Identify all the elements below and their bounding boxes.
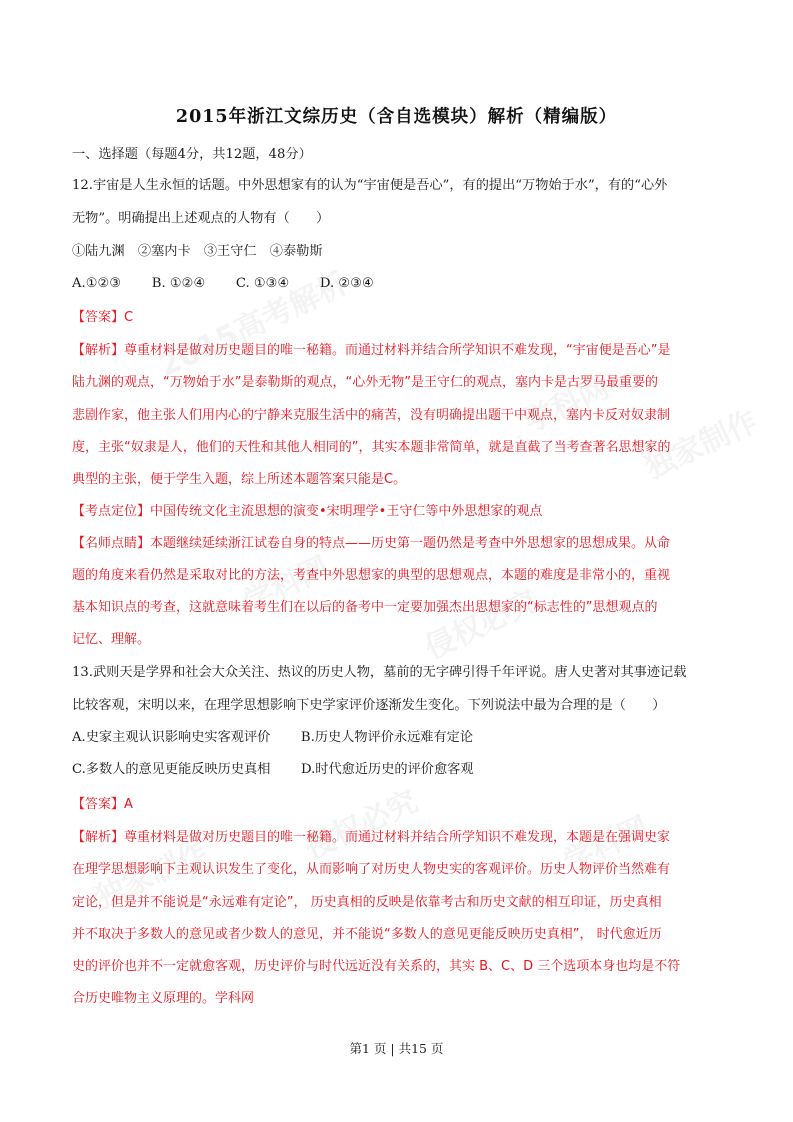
analysis-line: 陆九渊的观点，“万物始于水”是泰勒斯的观点，“心外无物”是王守仁的观点，塞内卡是… bbox=[72, 374, 658, 392]
analysis-line: 合历史唯物主义原理的。学科网 bbox=[72, 990, 254, 1008]
section-heading: 一、选择题（每题4分，共12题，48分） bbox=[72, 146, 312, 164]
teacher-comment-line: 基本知识点的考查，这就意味着考生们在以后的备考中一定要加强杰出思想家的“标志性的… bbox=[72, 599, 657, 617]
analysis-line: 典型的主张，便于学生入题，综上所述本题答案只能是C。 bbox=[72, 471, 406, 489]
teacher-comment-line: 记忆、理解。 bbox=[72, 631, 150, 649]
analysis-line: 【解析】尊重材料是做对历史题目的唯一秘籍。而通过材料并结合所学知识不难发现，本题… bbox=[72, 829, 670, 847]
watermark: 侵权必究 bbox=[416, 577, 543, 668]
question-options: A.①②③ B. ①②④ C. ①③④ D. ②③④ bbox=[72, 275, 374, 293]
question-stem: 13.武则天是学界和社会大众关注、热议的历史人物，墓前的无字碑引得千年评说。唐人… bbox=[72, 664, 686, 682]
teacher-comment-line: 【名师点睛】本题继续延续浙江试卷自身的特点——历史第一题仍然是考查中外思想家的思… bbox=[72, 535, 670, 553]
analysis-line: 在理学思想影响下主观认识发生了变化，从而影响了对历史人物史实的客观评价。历史人物… bbox=[72, 861, 670, 879]
question-stem: 12.宇宙是人生永恒的话题。中外思想家有的认为“宇宙便是吾心”，有的提出“万物始… bbox=[72, 177, 667, 195]
document-title: 2015年浙江文综历史（含自选模块）解析（精编版） bbox=[0, 103, 793, 128]
analysis-line: 【解析】尊重材料是做对历史题目的唯一秘籍。而通过材料并结合所学知识不难发现，“宇… bbox=[72, 342, 670, 360]
question-stem: 无物”。明确提出上述观点的人物有（ ） bbox=[72, 210, 329, 228]
analysis-line: 定论，但是并不能说是“永远难有定论”， 历史真相的反映是依靠考古和历史文献的相互… bbox=[72, 894, 662, 912]
analysis-line: 悲剧作家，他主张人们用内心的宁静来克服生活中的痛苦，没有明确提出题干中观点，塞内… bbox=[72, 407, 670, 425]
analysis-line: 史的评价也并不一定就愈客观，历史评价与时代远近没有关系的，其实 B、C、D 三个… bbox=[72, 958, 680, 976]
analysis-line: 并不取决于多数人的意见或者少数人的意见，并不能说“多数人的意见更能反映历史真相”… bbox=[72, 926, 662, 944]
watermark: 侵权必究 bbox=[296, 777, 423, 868]
answer: 【答案】A bbox=[72, 796, 133, 814]
question-stem: 比较客观，宋明以来，在理学思想影响下史学家评价逐渐发生变化。下列说法中最为合理的… bbox=[72, 697, 665, 715]
question-items: ①陆九渊 ②塞内卡 ③王守仁 ④泰勒斯 bbox=[72, 243, 323, 261]
question-options: A.史家主观认识影响史实客观评价 B.历史人物评价永远难有定论 bbox=[72, 729, 473, 747]
page-footer: 第1 页 | 共15 页 bbox=[0, 1039, 793, 1057]
answer: 【答案】C bbox=[72, 309, 133, 327]
question-options: C.多数人的意见更能反映历史真相 D.时代愈近历史的评价愈客观 bbox=[72, 761, 474, 779]
key-point: 【考点定位】中国传统文化主流思想的演变•宋明理学•王守仁等中外思想家的观点 bbox=[72, 503, 542, 521]
analysis-line: 度，主张“奴隶是人，他们的天性和其他人相同的”，其实本题非常简单，就是直截了当考… bbox=[72, 439, 670, 457]
teacher-comment-line: 题的角度来看仍然是采取对比的方法，考查中外思想家的典型的思想观点，本题的难度是非… bbox=[72, 567, 670, 585]
